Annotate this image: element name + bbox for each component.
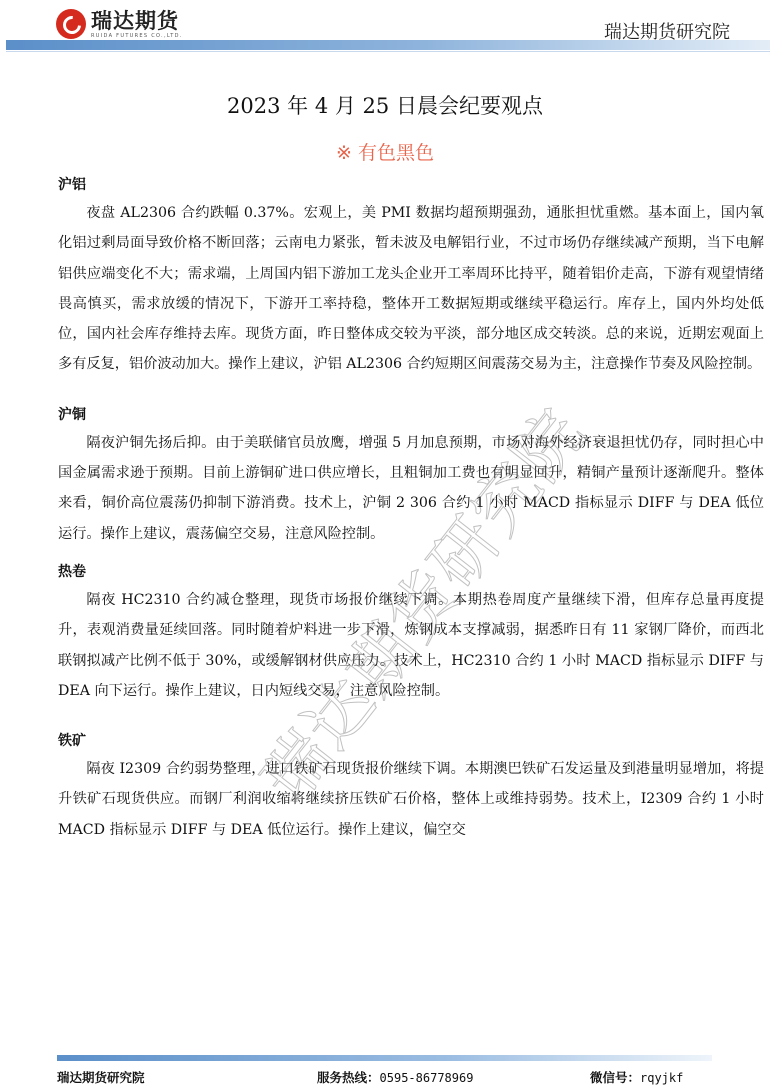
logo-english-name: RUIDA FUTURES CO.,LTD. xyxy=(91,33,183,39)
logo-icon xyxy=(56,9,86,39)
section-paragraph: 夜盘 AL2306 合约跌幅 0.37%。宏观上，美 PMI 数据均超预期强劲，… xyxy=(58,198,764,380)
footer-hotline: 服务热线：0595-86778969 xyxy=(317,1068,473,1086)
wechat-id: rqyjkf xyxy=(640,1071,683,1085)
hotline-label: 服务热线： xyxy=(317,1070,380,1085)
document-title: 2023 年 4 月 25 日晨会纪要观点 xyxy=(0,90,770,120)
document-subtitle: ※ 有色黑色 xyxy=(0,138,770,165)
section-copper: 沪铜 隔夜沪铜先扬后抑。由于美联储官员放鹰，增强 5 月加息预期，市场对海外经济… xyxy=(58,402,764,549)
header-divider xyxy=(6,40,770,50)
footer-divider xyxy=(57,1055,712,1061)
page-footer: 瑞达期货研究院 服务热线：0595-86778969 微信号：rqyjkf xyxy=(57,1068,757,1088)
logo-chinese-name: 瑞达期货 xyxy=(91,9,183,33)
document-body: 沪铝 夜盘 AL2306 合约跌幅 0.37%。宏观上，美 PMI 数据均超预期… xyxy=(58,172,764,845)
page-header: 瑞达期货 RUIDA FUTURES CO.,LTD. 瑞达期货研究院 xyxy=(0,0,770,52)
hotline-number: 0595-86778969 xyxy=(380,1071,474,1085)
wechat-label: 微信号： xyxy=(590,1070,640,1085)
section-aluminum: 沪铝 夜盘 AL2306 合约跌幅 0.37%。宏观上，美 PMI 数据均超预期… xyxy=(58,172,764,380)
section-paragraph: 隔夜 I2309 合约弱势整理，进口铁矿石现货报价继续下调。本期澳巴铁矿石发运量… xyxy=(58,754,764,845)
footer-org: 瑞达期货研究院 xyxy=(57,1068,145,1086)
section-heading: 沪铜 xyxy=(58,402,764,428)
section-iron-ore: 铁矿 隔夜 I2309 合约弱势整理，进口铁矿石现货报价继续下调。本期澳巴铁矿石… xyxy=(58,728,764,845)
footer-wechat: 微信号：rqyjkf xyxy=(590,1068,683,1086)
section-paragraph: 隔夜沪铜先扬后抑。由于美联储官员放鹰，增强 5 月加息预期，市场对海外经济衰退担… xyxy=(58,428,764,549)
section-heading: 铁矿 xyxy=(58,728,764,754)
company-logo: 瑞达期货 RUIDA FUTURES CO.,LTD. xyxy=(56,6,183,42)
section-heading: 沪铝 xyxy=(58,172,764,198)
